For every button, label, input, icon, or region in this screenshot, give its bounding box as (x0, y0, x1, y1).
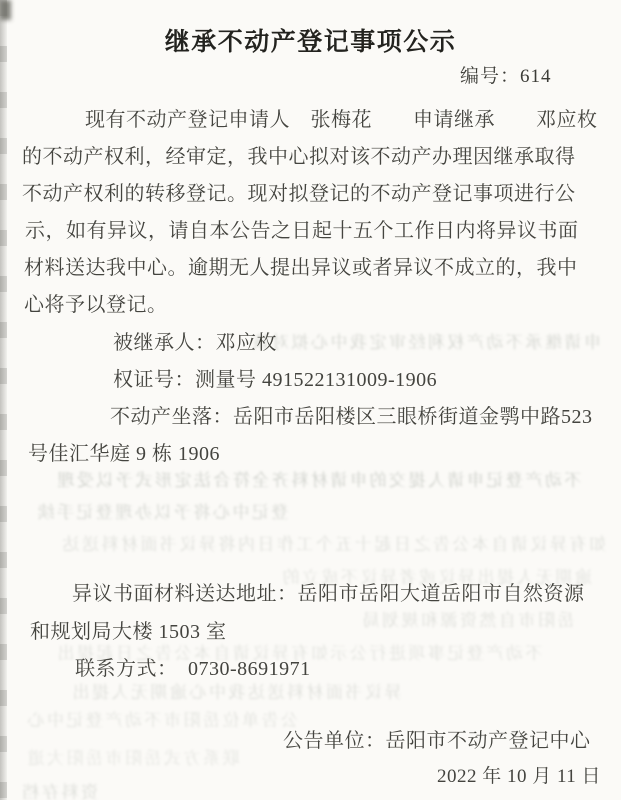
body-line-5: 材料送达我中心。逾期无人提出异议或者异议不成立的，我中 (24, 251, 578, 280)
body-line-4: 示，如有异议，请自本公告之日起十五个工作日内将异议书面 (25, 214, 579, 243)
scan-corner-artifact (0, 0, 11, 20)
field-property-location-line1: 不动产坐落：岳阳市岳阳楼区三眼桥街道金鹗中路523 (110, 400, 593, 429)
field-certificate-no: 权证号：测量号 491522131009-1906 (113, 363, 437, 392)
contact-phone: 联系方式： 0730-8691971 (75, 652, 311, 681)
body-line-3: 不动产权利的转移登记。现对拟登记的不动产登记事项进行公 (22, 177, 576, 206)
field-property-location-line2: 号佳汇华庭 9 栋 1906 (28, 437, 220, 466)
body-line-6: 心将予以登记。 (24, 288, 168, 317)
issuing-unit: 公告单位：岳阳市不动产登记中心 (283, 724, 591, 753)
body-line-1: 现有不动产登记申请人 张梅花 申请继承 邓应枚 (85, 103, 598, 132)
doc-number: 编号：614 (460, 61, 552, 88)
bleed-through-text: 异议书面材料送达我中心逾期无人提出 (70, 678, 402, 703)
bleed-through-text: 资料存档 (20, 778, 98, 800)
bleed-through-text: 公告单位岳阳市不动产登记中心 (25, 706, 298, 731)
bleed-through-text: 不动产登记申请人提交的申请材料齐全符合法定形式予以受理 (55, 466, 582, 491)
bleed-through-text: 申请继承不动产权利经审定我中心拟对该 (250, 328, 601, 353)
scanned-notice-page: 申请继承不动产权利经审定我中心拟对该 不动产登记申请人提交的申请材料齐全符合法定… (0, 0, 621, 800)
notice-date: 2022 年 10 月 11 日 (437, 761, 601, 788)
bleed-through-text: 登记中心将予以办理登记手续 (35, 498, 289, 523)
field-decedent: 被继承人：邓应枚 (113, 326, 277, 355)
bleed-through-text: 联系方式岳阳市岳阳大道 (25, 744, 240, 769)
objection-address-line1: 异议书面材料送达地址：岳阳市岳阳大道岳阳市自然资源 (72, 577, 585, 606)
scan-edge-shadow (0, 0, 7, 800)
body-line-2: 的不动产权利，经审定，我中心拟对该不动产办理因继承取得 (22, 140, 576, 169)
bleed-through-text: 如有异议请自本公告之日起十五个工作日内将异议书面材料送达 (60, 530, 606, 555)
bleed-through-text: 岳阳市自然资源和规划局 (360, 606, 575, 631)
page-title: 继承不动产登记事项公示 (0, 22, 621, 58)
objection-address-line2: 和规划局大楼 1503 室 (30, 615, 227, 644)
